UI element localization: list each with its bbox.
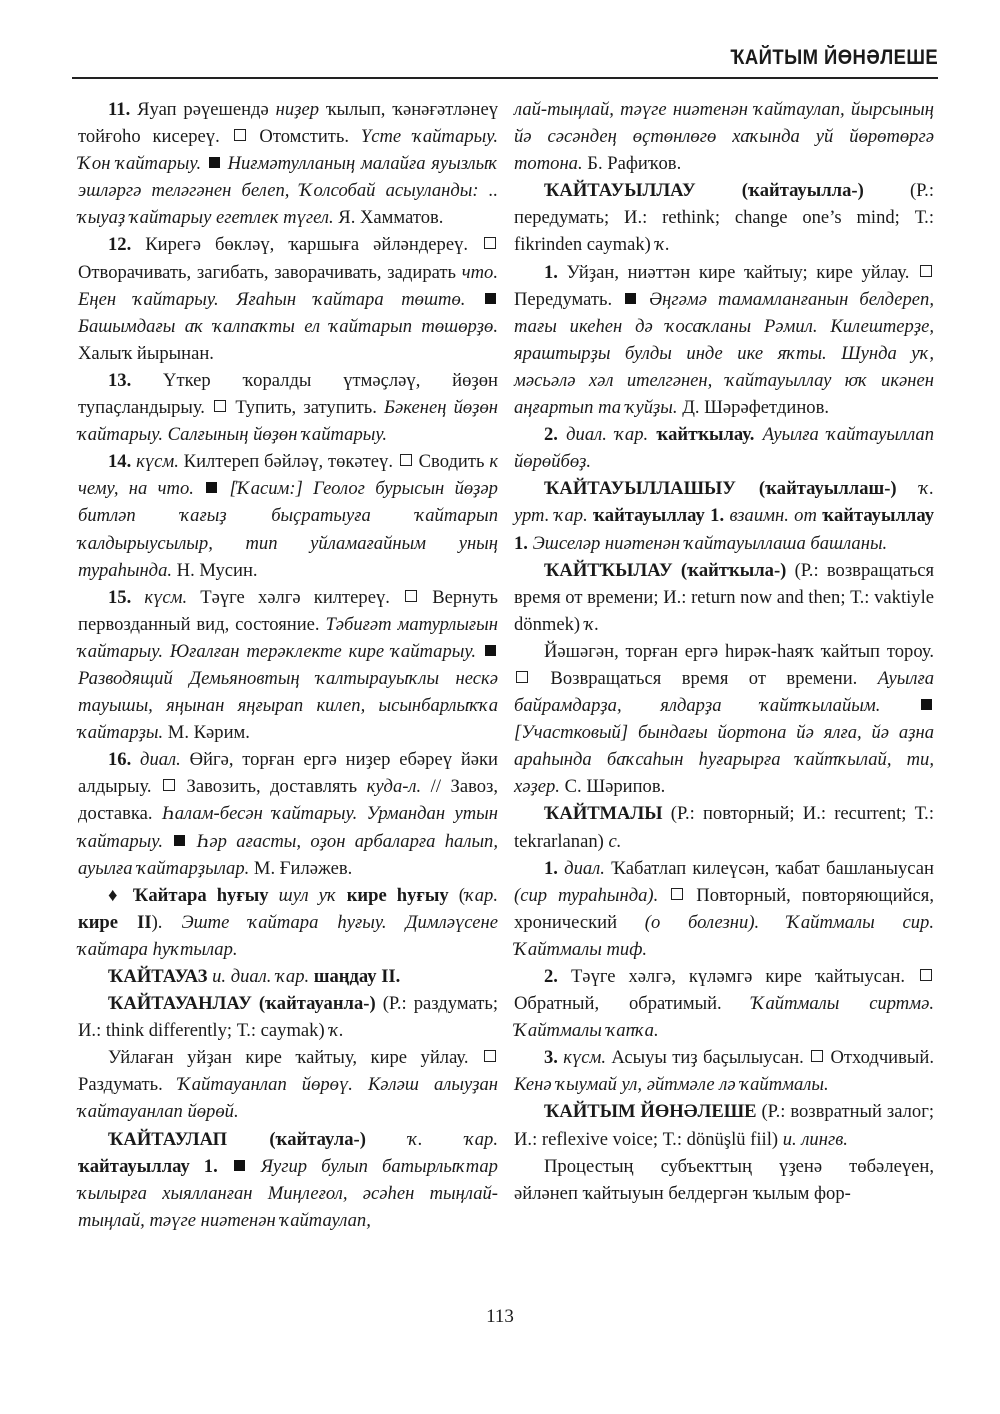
- text: Сводить: [414, 451, 489, 472]
- italic-text: ҡ. ҡар.: [408, 1129, 498, 1150]
- text: Раздумать.: [78, 1074, 178, 1095]
- text: Отходчивый.: [825, 1047, 934, 1068]
- dictionary-paragraph: ҠАЙТАУАНЛАУ (ҡайтауанла-) (Р.: раздумать…: [78, 990, 498, 1044]
- text: Йәшәгән, торған ергә һирәк-һаяҡ ҡайтып т…: [544, 641, 934, 662]
- italic-text: и. диал. ҡар.: [212, 966, 309, 987]
- text: М. Ғиләжев.: [249, 858, 352, 879]
- bold-text: 16.: [108, 749, 140, 770]
- open-square-icon: [516, 671, 528, 683]
- dictionary-paragraph: ҠАЙТАУЛАП (ҡайтаула-) ҡ. ҡар. ҡайтауылла…: [78, 1126, 498, 1234]
- text: М. Кәрим.: [163, 722, 250, 743]
- italic-text: шул уҡ: [279, 885, 337, 906]
- italic-text: ҡ.: [329, 1020, 343, 1041]
- dictionary-paragraph: ♦ Ҡайтара һуғыу шул уҡ кире һуғыу (ҡар. …: [78, 882, 498, 963]
- page-number: 113: [0, 1306, 1000, 1328]
- italic-text: ниҙер: [276, 99, 319, 120]
- open-square-icon: [163, 779, 175, 791]
- text: Я. Хамматов.: [334, 207, 444, 228]
- text: Ҡабатлап килеүсән, ҡабат башланыусан: [605, 858, 934, 879]
- text: Уйҙан, ниәттән кире ҡайтыу; кире уйлау.: [567, 262, 918, 283]
- italic-text: диал.: [140, 749, 181, 770]
- text: [638, 289, 649, 310]
- dictionary-paragraph: Процестың субъекттың үҙенә төбәлеүен, әй…: [514, 1153, 934, 1207]
- italic-text: Башымдағы аҡ ҡалпаҡты ел ҡайтарып төшөрҙ…: [78, 316, 498, 337]
- bold-text: шаңдау II.: [309, 966, 400, 987]
- text: Уйлаған уйҙан кире ҡайтыу, кире уйлау.: [108, 1047, 482, 1068]
- dictionary-paragraph: 15. күсм. Тәүге хәлгә килтереү. Вернуть …: [78, 584, 498, 747]
- italic-text: ҡ.: [585, 614, 599, 635]
- text: [465, 289, 483, 310]
- italic-text: Кенә ҡыумай ул, әйтмәле лә ҡайтмалы.: [514, 1074, 829, 1095]
- dictionary-paragraph: Уйлаған уйҙан кире ҡайтыу, кире уйлау. Р…: [78, 1044, 498, 1125]
- bold-text: 2.: [544, 424, 566, 445]
- italic-text: лай-тыңлай, тәүге ниәтенән ҡайтаулап, йы…: [514, 99, 934, 174]
- text: Процестың субъекттың үҙенә төбәлеүен, әй…: [514, 1156, 934, 1204]
- text: [754, 424, 762, 445]
- text: [880, 695, 919, 716]
- text: Обратный, обратимый.: [514, 993, 752, 1014]
- bold-text: ҠАЙТАУЛАП (ҡайтаула-): [108, 1129, 408, 1150]
- filled-square-icon: [921, 699, 932, 710]
- dictionary-paragraph: ҠАЙТАУЫЛЛАУ (ҡайтауылла-) (Р.: передумат…: [514, 177, 934, 258]
- dictionary-paragraph: ҠАЙТҠЫЛАУ (ҡайтҡыла-) (Р.: возвращаться …: [514, 557, 934, 638]
- dictionary-paragraph: лай-тыңлай, тәүге ниәтенән ҡайтаулап, йы…: [514, 96, 934, 177]
- italic-text: и. лингв.: [783, 1129, 848, 1150]
- italic-text: ҡар.: [465, 885, 498, 906]
- text: Отворачивать, загибать, заворачивать, за…: [78, 262, 462, 283]
- italic-text: диал. ҡар.: [566, 424, 648, 445]
- text: [187, 831, 196, 852]
- open-square-icon: [920, 969, 932, 981]
- italic-text: куда-л.: [367, 776, 422, 797]
- bold-text: ҠАЙТАУЫЛЛАШЫУ (ҡайтауыллаш-): [544, 478, 920, 499]
- open-square-icon: [484, 1050, 496, 1062]
- filled-square-icon: [206, 482, 217, 493]
- text: Передумать.: [514, 289, 623, 310]
- text: Тәүге хәлгә, күләмгә кире ҡайтыусан.: [571, 966, 918, 987]
- dictionary-paragraph: ҠАЙТАУАЗ и. диал. ҡар. шаңдау II.: [78, 963, 498, 990]
- dictionary-paragraph: 14. күсм. Килтереп бәйләү, төкәтеү. Свод…: [78, 448, 498, 583]
- dictionary-paragraph: 11. Яуап рәүешендә ниҙер ҡылып, ҡәнәғәтл…: [78, 96, 498, 231]
- bold-text: ҠАЙТАУАНЛАУ (ҡайтауанла-): [108, 993, 383, 1014]
- filled-square-icon: [485, 645, 496, 656]
- italic-text: Эшселәр ниәтенән ҡайтауыллаша башланы.: [533, 533, 888, 554]
- dictionary-paragraph: 2. диал. ҡар. ҡайтҡылау. Ауылға ҡайтауыл…: [514, 421, 934, 475]
- bold-text: 1.: [544, 858, 564, 879]
- text: [219, 478, 229, 499]
- bold-text: ҡайтауыллау 1.: [588, 505, 724, 526]
- bold-text: 2.: [544, 966, 571, 987]
- text: ).: [152, 912, 182, 933]
- dictionary-paragraph: 1. диал. Ҡабатлап килеүсән, ҡабат башлан…: [514, 855, 934, 963]
- bold-text: ҡайтауыллау 1.: [78, 1156, 232, 1177]
- open-square-icon: [234, 129, 246, 141]
- dictionary-paragraph: ҠАЙТЫМ ЙӨНӘЛЕШЕ (Р.: возвратный залог; И…: [514, 1098, 934, 1152]
- dictionary-paragraph: 3. күсм. Асыуы тиҙ баҫылыусан. Отходчивы…: [514, 1044, 934, 1098]
- dictionary-paragraph: 1. Уйҙан, ниәттән кире ҡайтыу; кире уйла…: [514, 259, 934, 422]
- filled-square-icon: [625, 293, 636, 304]
- open-square-icon: [214, 400, 226, 412]
- open-square-icon: [484, 237, 496, 249]
- italic-text: күсм.: [144, 587, 187, 608]
- text: [247, 1156, 261, 1177]
- bold-text: кире II: [78, 912, 152, 933]
- right-column: лай-тыңлай, тәүге ниәтенән ҡайтаулап, йы…: [514, 96, 934, 1207]
- dictionary-paragraph: 16. диал. Өйгә, торған ергә ниҙер ебәреү…: [78, 746, 498, 881]
- filled-square-icon: [174, 835, 185, 846]
- text: Завозить, доставлять: [177, 776, 367, 797]
- open-square-icon: [400, 454, 412, 466]
- italic-text: Разводящий Демьяновтың ҡалтырауыҡлы неск…: [78, 668, 498, 743]
- text: [163, 831, 172, 852]
- header-rule: [72, 77, 938, 79]
- text: Кирегә бөкләү, ҡаршыға әйләндереү.: [145, 234, 482, 255]
- italic-text: ҡ.: [655, 234, 669, 255]
- filled-square-icon: [485, 293, 496, 304]
- bold-text: ҡайтҡылау.: [648, 424, 754, 445]
- bold-text: 12.: [108, 234, 145, 255]
- open-square-icon: [671, 888, 683, 900]
- italic-text: диал.: [564, 858, 605, 879]
- bold-text: ♦ Ҡайтара һуғыу: [108, 885, 279, 906]
- bold-text: 14.: [108, 451, 136, 472]
- text: [658, 885, 669, 906]
- dictionary-paragraph: 13. Үткер ҡоралды үтмәҫләү, йөҙөн тупаҫл…: [78, 367, 498, 448]
- left-column: 11. Яуап рәүешендә ниҙер ҡылып, ҡәнәғәтл…: [78, 96, 498, 1234]
- italic-text: взаимн. от: [729, 505, 816, 526]
- text: Отомстить.: [248, 126, 361, 147]
- text: Н. Мусин.: [172, 560, 258, 581]
- open-square-icon: [920, 265, 932, 277]
- bold-text: 1.: [544, 262, 567, 283]
- bold-text: кире һуғыу: [337, 885, 459, 906]
- dictionary-paragraph: 2. Тәүге хәлгә, күләмгә кире ҡайтыусан. …: [514, 963, 934, 1044]
- italic-text: күсм.: [563, 1047, 606, 1068]
- text: Тупить, затупить.: [228, 397, 384, 418]
- bold-text: 3.: [544, 1047, 563, 1068]
- italic-text: (сир тураһында).: [514, 885, 658, 906]
- dictionary-paragraph: ҠАЙТАУЫЛЛАШЫУ (ҡайтауыллаш-) ҡ. урт. ҡар…: [514, 475, 934, 556]
- text: [476, 641, 483, 662]
- bold-text: ҠАЙТЫМ ЙӨНӘЛЕШЕ: [544, 1101, 761, 1122]
- bold-text: ҠАЙТАУЫЛЛАУ (ҡайтауылла-): [544, 180, 910, 201]
- italic-text: күсм.: [136, 451, 179, 472]
- text: Килтереп бәйләү, төкәтеү.: [179, 451, 398, 472]
- bold-text: 13.: [108, 370, 163, 391]
- filled-square-icon: [234, 1160, 245, 1171]
- text: Асыуы тиҙ баҫылыусан.: [606, 1047, 809, 1068]
- text: С. Шәрипов.: [560, 776, 665, 797]
- text: [194, 478, 204, 499]
- bold-text: ҠАЙТАУАЗ: [108, 966, 212, 987]
- bold-text: 11.: [108, 99, 137, 120]
- open-square-icon: [405, 590, 417, 602]
- bold-text: ҠАЙТҠЫЛАУ (ҡайтҡыла-): [544, 560, 795, 581]
- dictionary-paragraph: ҠАЙТМАЛЫ (Р.: повторный; И.: recurrent; …: [514, 800, 934, 854]
- running-head: ҠАЙТЫМ ЙӨНӘЛЕШЕ: [730, 46, 938, 70]
- text: Халыҡ йырынан.: [78, 343, 214, 364]
- bold-text: 15.: [108, 587, 144, 608]
- filled-square-icon: [209, 157, 220, 168]
- open-square-icon: [811, 1050, 823, 1062]
- text: Тәүге хәлгә килтереү.: [187, 587, 403, 608]
- text: Яуап рәүешендә: [137, 99, 276, 120]
- dictionary-paragraph: 12. Кирегә бөкләү, ҡаршыға әйләндереү. О…: [78, 231, 498, 366]
- text: Б. Рафиҡов.: [583, 153, 682, 174]
- dictionary-paragraph: Йәшәгән, торған ергә һирәк-һаяҡ ҡайтып т…: [514, 638, 934, 801]
- text: [201, 153, 207, 174]
- text: Возвращаться время от времени.: [530, 668, 878, 689]
- bold-text: ҠАЙТМАЛЫ: [544, 803, 671, 824]
- text: Д. Шәрәфетдинов.: [678, 397, 829, 418]
- italic-text: с.: [608, 831, 621, 852]
